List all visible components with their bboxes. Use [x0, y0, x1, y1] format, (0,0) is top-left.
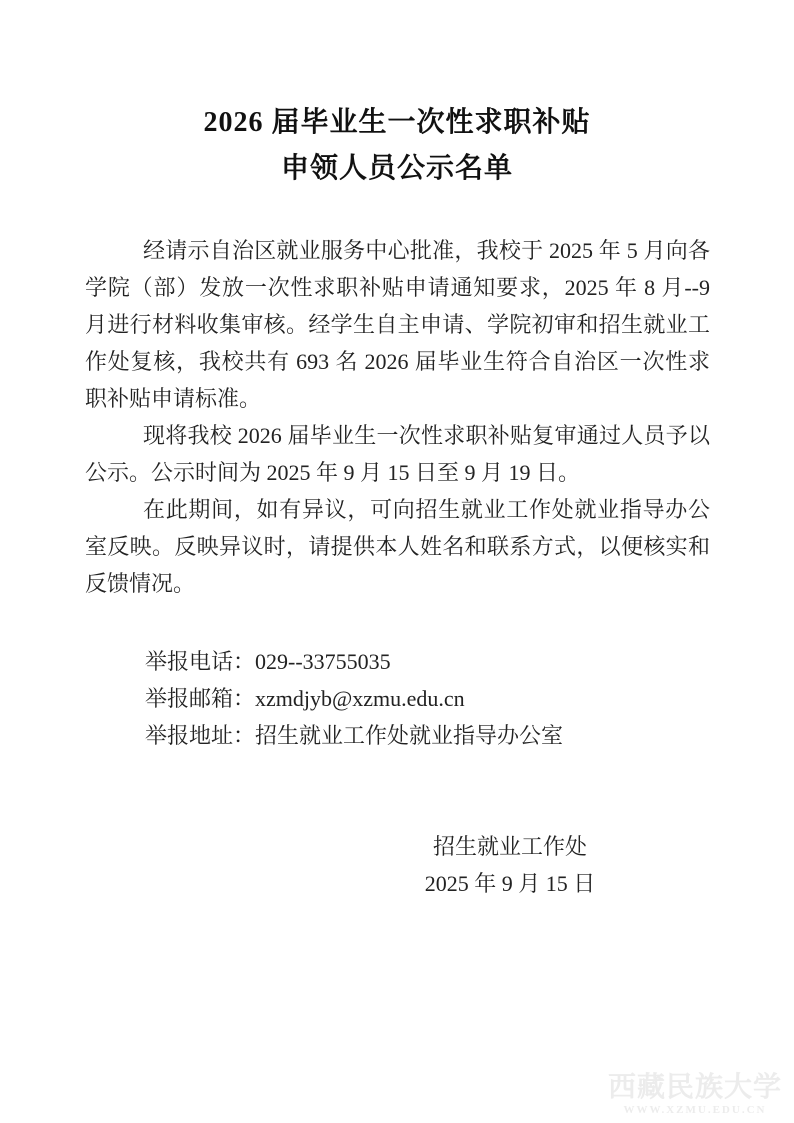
contact-email-label: 举报邮箱： — [145, 686, 255, 711]
title-line-2: 申领人员公示名单 — [0, 146, 794, 192]
signature-block: 招生就业工作处 2025 年 9 月 15 日 — [340, 828, 680, 902]
contact-email-line: 举报邮箱：xzmdjyb@xzmu.edu.cn — [145, 680, 710, 717]
title-line-1: 2026 届毕业生一次性求职补贴 — [0, 100, 794, 146]
body-paragraphs: 经请示自治区就业服务中心批准，我校于 2025 年 5 月向各学院（部）发放一次… — [85, 232, 710, 602]
contact-address-value: 招生就业工作处就业指导办公室 — [255, 723, 563, 748]
university-watermark: 西藏民族大学 WWW.XZMU.EDU.CN — [608, 1072, 782, 1117]
contact-block: 举报电话：029--33755035 举报邮箱：xzmdjyb@xzmu.edu… — [145, 643, 710, 754]
signature-date: 2025 年 9 月 15 日 — [340, 865, 680, 902]
notice-body: 经请示自治区就业服务中心批准，我校于 2025 年 5 月向各学院（部）发放一次… — [85, 232, 710, 902]
contact-address-line: 举报地址：招生就业工作处就业指导办公室 — [145, 717, 710, 754]
signature-organization: 招生就业工作处 — [340, 828, 680, 865]
notice-page: 2026 届毕业生一次性求职补贴 申领人员公示名单 经请示自治区就业服务中心批准… — [0, 0, 794, 1123]
contact-phone-line: 举报电话：029--33755035 — [145, 643, 710, 680]
paragraph-approval-process: 经请示自治区就业服务中心批准，我校于 2025 年 5 月向各学院（部）发放一次… — [85, 232, 710, 417]
contact-phone-label: 举报电话： — [145, 649, 255, 674]
contact-address-label: 举报地址： — [145, 723, 255, 748]
paragraph-publicity-period: 现将我校 2026 届毕业生一次性求职补贴复审通过人员予以公示。公示时间为 20… — [85, 417, 710, 491]
watermark-university-url: WWW.XZMU.EDU.CN — [608, 1104, 782, 1117]
watermark-university-name: 西藏民族大学 — [608, 1072, 782, 1104]
paragraph-objection-instructions: 在此期间，如有异议，可向招生就业工作处就业指导办公室反映。反映异议时，请提供本人… — [85, 491, 710, 602]
notice-title: 2026 届毕业生一次性求职补贴 申领人员公示名单 — [0, 0, 794, 192]
contact-phone-value: 029--33755035 — [255, 649, 391, 674]
contact-email-value: xzmdjyb@xzmu.edu.cn — [255, 686, 465, 711]
